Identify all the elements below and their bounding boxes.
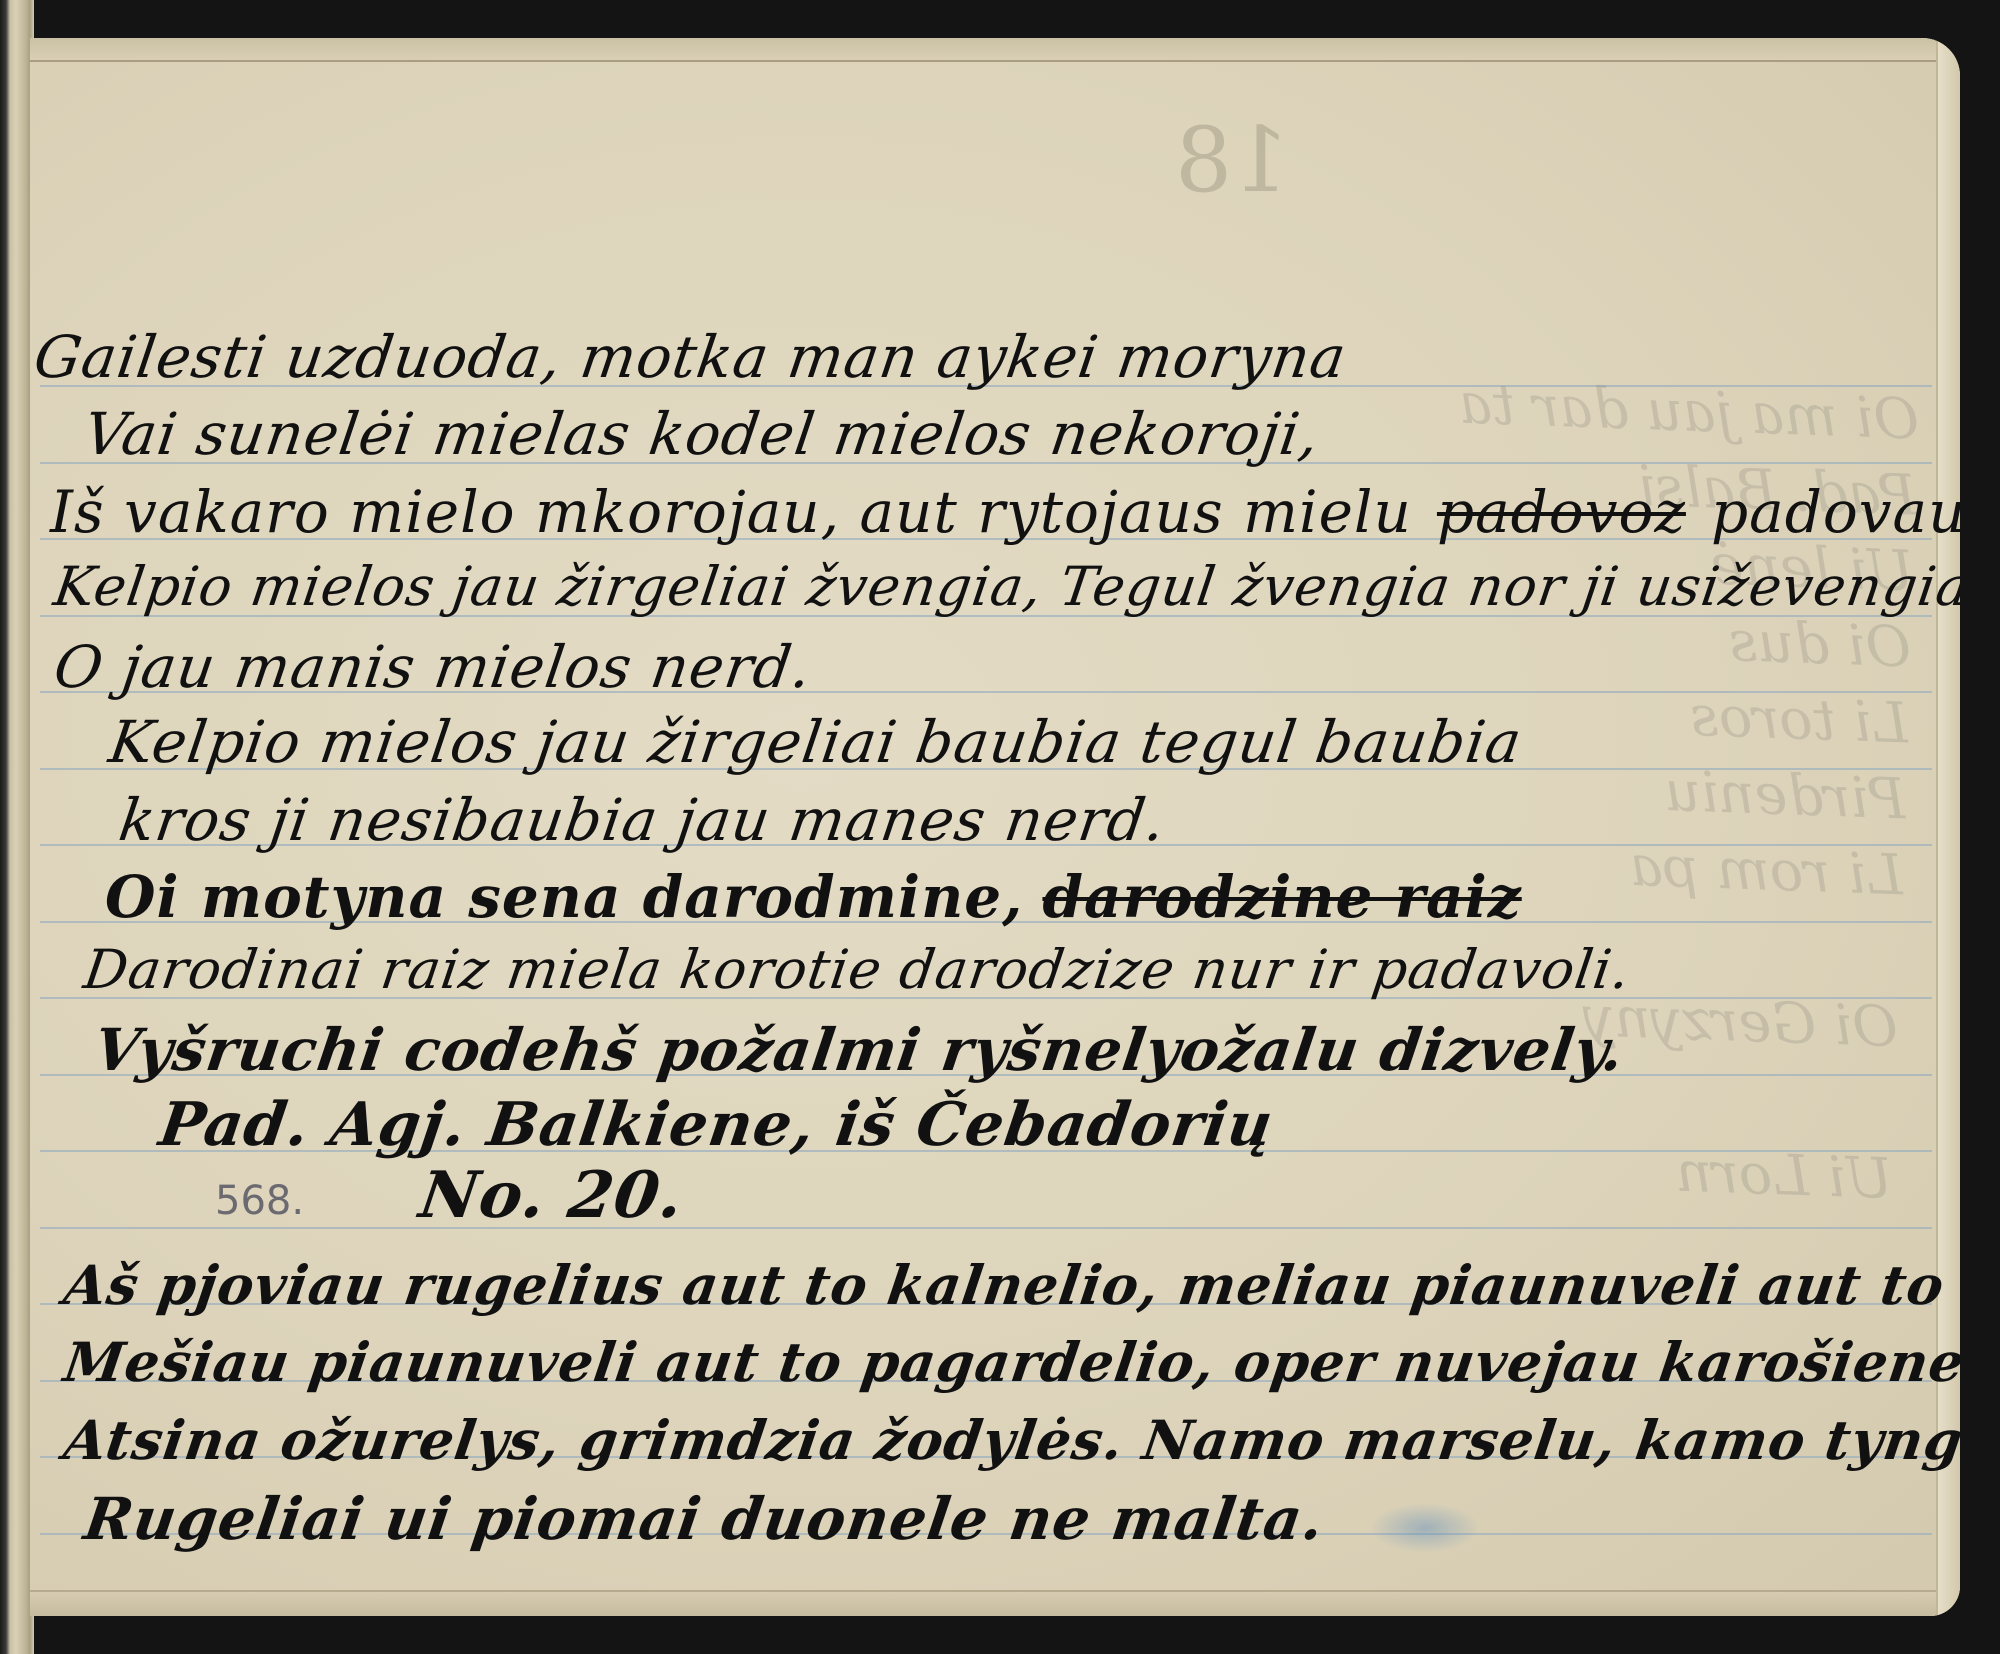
song2-line-2: Mešiau piaunuveli aut to pagardelio, ope… — [60, 1330, 1960, 1394]
song1-line-3: Iš vakaro mielo mkorojau, aut rytojaus m… — [50, 478, 1960, 546]
attribution-signature: Pad. Agj. Balkiene, iš Čebadorių — [155, 1090, 1278, 1160]
song1-line-3-struck-word: padovoz — [1437, 478, 1686, 546]
notebook-binding — [0, 0, 34, 1654]
song2-line-1: Aš pjoviau rugelius aut to kalnelio, mel… — [60, 1253, 1960, 1317]
song2-line-4: Rugeliai ui piomai duonele ne malta. — [80, 1485, 1329, 1553]
attribution-number: No. 20. — [415, 1158, 689, 1233]
song1-line-9: Darodinai raiz miela korotie darodzize n… — [80, 938, 1635, 1001]
song1-line-8-struck: darodzine raiz — [1042, 863, 1521, 931]
song1-line-8-text: Oi motyna sena darodmine, — [105, 863, 1023, 931]
page-edge-bottom — [30, 1590, 1960, 1616]
notebook-page: 18 Oi ma jau dar ta Pad. Balsi Ui lenė O… — [30, 38, 1960, 1616]
song1-line-8: Oi motyna sena darodmine, darodzine raiz — [105, 863, 1522, 931]
ruled-line — [40, 1227, 1932, 1229]
song2-line-3: Atsina ožurelys, grimdzia žodylės. Namo … — [60, 1408, 1960, 1472]
song1-line-3-text: Iš vakaro mielo mkorojau, aut rytojaus m… — [50, 478, 1412, 546]
song1-line-4: Kelpio mielos jau žirgeliai žvengia, Teg… — [50, 555, 1960, 618]
song1-line-2: Vai sunelėi mielas kodel mielos nekoroji… — [80, 400, 1324, 468]
song1-line-1: Gailesti uzduoda, motka man aykei moryna — [30, 323, 1351, 391]
song1-line-6: Kelpio mielos jau žirgeliai baubia tegul… — [105, 708, 1526, 776]
catalog-number: 568. — [215, 1178, 304, 1224]
song1-line-3-end: padovau. — [1711, 478, 1960, 546]
song1-line-7: kros ji nesibaubia jau manes nerd. — [115, 786, 1170, 854]
bleed-through-page-number: 18 — [1175, 108, 1290, 213]
song1-line-5: O jau manis mielos nerd. — [50, 633, 816, 701]
page-edge-top — [30, 38, 1960, 62]
song1-line-10: Vyšruchi codehš požalmi ryšnelyožalu diz… — [90, 1016, 1629, 1084]
ink-smudge — [1370, 1503, 1480, 1553]
